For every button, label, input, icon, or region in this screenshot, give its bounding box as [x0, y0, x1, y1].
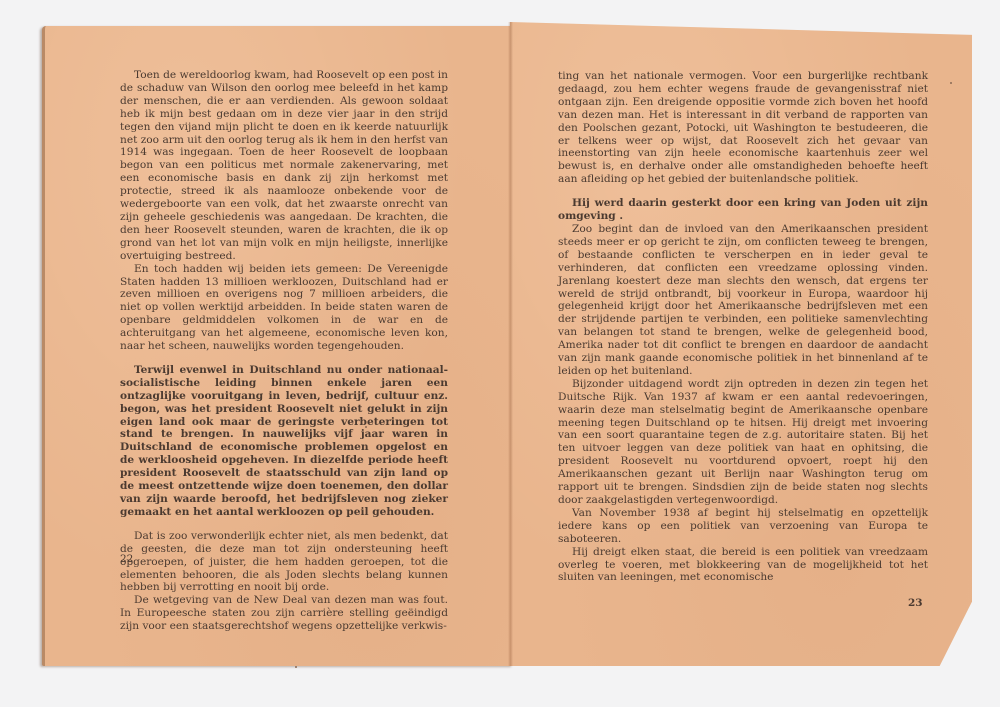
- paragraph: En toch hadden wij beiden iets gemeen: D…: [120, 263, 448, 353]
- paper-speck: [365, 426, 367, 428]
- page-number: 22: [120, 553, 133, 565]
- right-page: ting van het nationale vermogen. Voor ee…: [510, 22, 972, 666]
- book-spine: [508, 22, 513, 666]
- left-page: Toen de wereldoorlog kwam, had Roosevelt…: [42, 26, 513, 666]
- paper-speck: [295, 666, 297, 668]
- left-page-text: Toen de wereldoorlog kwam, had Roosevelt…: [120, 69, 448, 633]
- paragraph: Dat is zoo verwonderlijk echter niet, al…: [120, 530, 448, 595]
- right-page-text: ting van het nationale vermogen. Voor ee…: [558, 70, 928, 584]
- paragraph: De wetgeving van de New Deal van dezen m…: [120, 594, 448, 633]
- paragraph: Hij dreigt elken staat, die bereid is ee…: [558, 546, 928, 585]
- paper-speck: [950, 82, 952, 84]
- paragraph: Zoo begint dan de invloed van den Amerik…: [558, 223, 928, 378]
- paragraph-heading: Hij werd daarin gesterkt door een kring …: [558, 197, 928, 223]
- paragraph: Bijzonder uitdagend wordt zijn optreden …: [558, 378, 928, 507]
- paragraph: Terwijl evenwel in Duitschland nu onder …: [120, 364, 448, 519]
- page-number: 23: [908, 597, 923, 609]
- paragraph: Van November 1938 af begint hij stelselm…: [558, 507, 928, 546]
- open-booklet: Toen de wereldoorlog kwam, had Roosevelt…: [42, 22, 974, 668]
- paragraph: ting van het nationale vermogen. Voor ee…: [558, 70, 928, 186]
- paragraph: Toen de wereldoorlog kwam, had Roosevelt…: [120, 69, 448, 263]
